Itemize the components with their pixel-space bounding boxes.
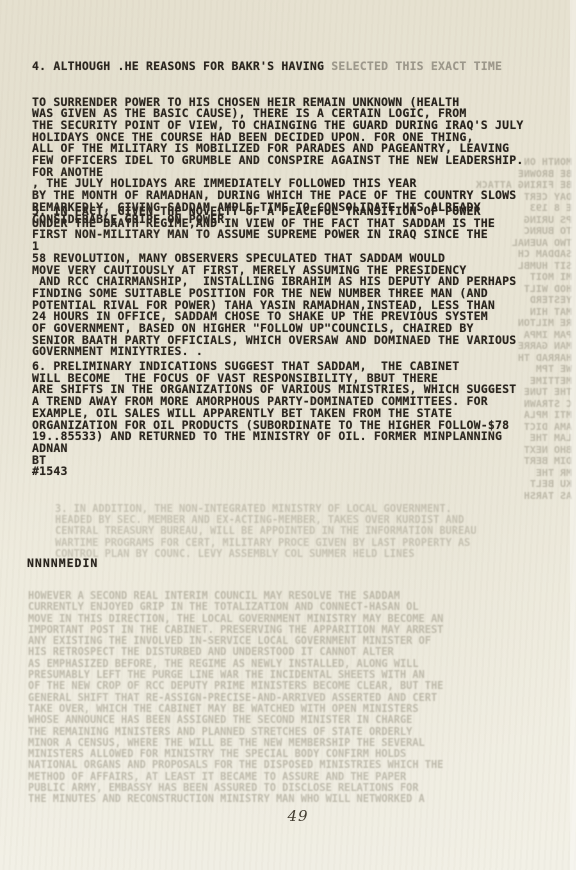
bleedthrough-line: PUBLIC ARMY, EMBASSY HAS BEEN ASSURED TO…	[28, 783, 570, 794]
bleedthrough-line: WARTIME PROGRAMS FOR CERT, MILITARY PROC…	[55, 538, 570, 549]
paragraph-4-line-1: 4. ALTHOUGH .HE REASONS FOR BAKR'S HAVIN…	[32, 61, 524, 73]
paragraph-6: 6. PRELIMINARY INDICATIONS SUGGEST THAT …	[32, 361, 516, 478]
bleedthrough-line: WHOSE ANNOUNCE HAS BEEN ASSIGNED THE SEC…	[28, 715, 570, 726]
paragraph-5: 5. IN FACT, GIVEN THE NOVELTY OF A PEACE…	[32, 206, 516, 358]
bleedthrough-line: THE REMAINING MINISTERS AND PLANNED STRE…	[28, 727, 570, 738]
wire-signoff: NNNNMEDIN	[27, 558, 98, 570]
bleedthrough-line: TAKE OVER, WHICH THE CABINET MAY BE WATC…	[28, 704, 570, 715]
bleedthrough-band-upper: 3. IN ADDITION, THE NON-INTEGRATED MINIS…	[55, 504, 570, 562]
bleedthrough-line: KU BELT	[482, 479, 572, 491]
document-page: MONTH ONBE BROWNEBE FIRING ATTACKDAY CER…	[0, 0, 576, 870]
bleedthrough-line: MOVE IN THIS DIRECTION, THE LOCAL GOVERN…	[28, 614, 570, 625]
bleedthrough-line: AS TARSH	[482, 491, 572, 503]
paper-edge-highlight	[570, 0, 576, 870]
bleedthrough-line: PRESUMABLY LEFT THE PURGE LINE WAR THE I…	[28, 670, 570, 681]
bleedthrough-line: ANY EXISTING THE INVOLVED IN-SERVICE LOC…	[28, 636, 570, 647]
bleedthrough-line: METHOD OF AFFAIRS, AT LEAST IT BECAME TO…	[28, 772, 570, 783]
bleedthrough-line: HOWEVER A SECOND REAL INTERIM COUNCIL MA…	[28, 591, 570, 602]
paragraph-4-line-1-head: 4. ALTHOUGH .HE REASONS FOR BAKR'S HAVIN…	[32, 59, 331, 73]
bleedthrough-line: AS EMPHASIZED BEFORE, THE REGIME AS NEWL…	[28, 659, 570, 670]
bleedthrough-line: HEADED BY SEC. MEMBER AND EX-ACTING-MEMB…	[55, 515, 570, 526]
paragraph-4-line-1-faded-tail: SELECTED THIS EXACT TIME	[331, 59, 502, 73]
bleedthrough-line: MINOR A CENSUS, WHERE THE WILL BE THE NE…	[28, 738, 570, 749]
bleedthrough-line: NATIONAL ORGANS AND PROPOSALS FOR THE DI…	[28, 760, 570, 771]
page-number: 49	[258, 807, 338, 825]
bleedthrough-line: MINISTERS ALLOWED FOR MINISTRY THE SPECI…	[28, 749, 570, 760]
bleedthrough-line: OF THE NEW CROP OF RCC DEPUTY PRIME MINI…	[28, 681, 570, 692]
bleedthrough-line: HIS RETROSPECT THE DISTURBED AND UNDERST…	[28, 647, 570, 658]
bleedthrough-line: GENERAL SHIFT THAT RE-ASSIGN-PRECISE-AND…	[28, 693, 570, 704]
bleedthrough-band-lower: HOWEVER A SECOND REAL INTERIM COUNCIL MA…	[28, 591, 570, 809]
bleedthrough-line: CENTRAL TREASURY BUREAU, WILL BE APPOINT…	[55, 526, 570, 537]
bleedthrough-line: CONTROL PLAN BY COUNC. LEVY ASSEMBLY COL…	[55, 549, 570, 560]
bleedthrough-line: CURRENTLY ENJOYED GRIP IN THE TOTALIZATI…	[28, 602, 570, 613]
bleedthrough-line: 3. IN ADDITION, THE NON-INTEGRATED MINIS…	[55, 504, 570, 515]
bleedthrough-line: IMPORTANT POST IN THE CABINET. PRESERVIN…	[28, 625, 570, 636]
bleedthrough-line: THE MINUTES AND RECONSTRUCTION MINISTRY …	[28, 794, 570, 805]
